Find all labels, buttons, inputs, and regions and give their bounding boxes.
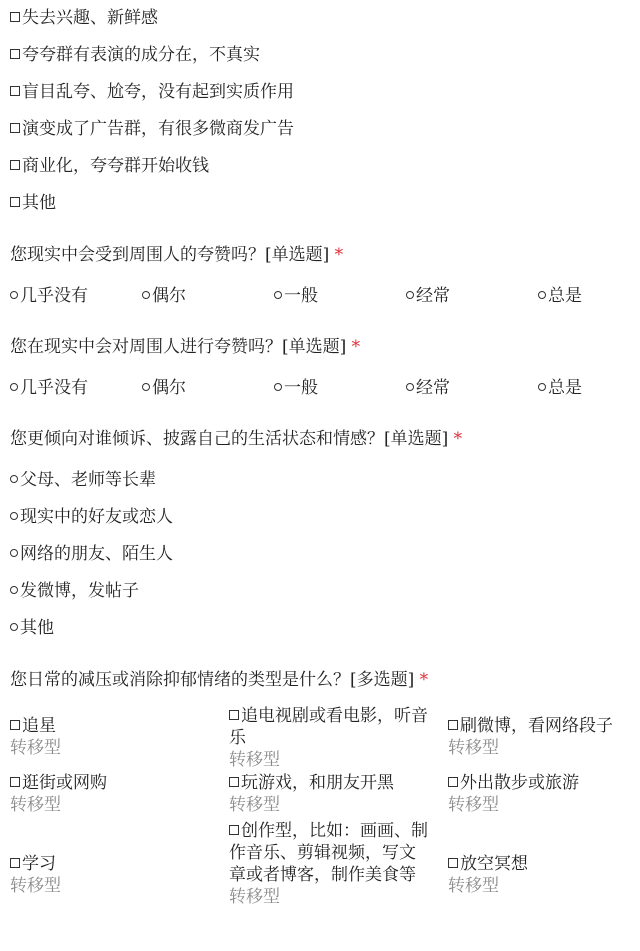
option-label: 创作型，比如：画画、制作音乐、剪辑视频，写文章或者博客，制作美食等	[229, 821, 428, 885]
option-label: 发微博，发帖子	[20, 581, 139, 601]
radio-option[interactable]: 现实中的好友或恋人	[10, 506, 173, 528]
question-title: 您更倾向对谁倾诉、披露自己的生活状态和情感？[单选题] *	[10, 428, 462, 450]
radio-icon[interactable]	[10, 383, 18, 391]
option-label: 其他	[20, 618, 54, 638]
checkbox-option[interactable]: 玩游戏，和朋友开黑转移型	[229, 772, 394, 816]
radio-option[interactable]: 几乎没有	[10, 285, 88, 307]
question-title: 您现实中会受到周围人的夸赞吗？[单选题] *	[10, 244, 343, 266]
question-type-tag: [单选题]	[265, 245, 329, 265]
checkbox-icon[interactable]	[10, 777, 20, 787]
option-label: 演变成了广告群，有很多微商发广告	[22, 119, 294, 139]
radio-icon[interactable]	[538, 383, 546, 391]
checkbox-icon[interactable]	[229, 825, 239, 835]
option-subtype: 转移型	[229, 750, 280, 770]
question-type-tag: [多选题]	[350, 670, 414, 690]
checkbox-icon[interactable]	[10, 160, 20, 170]
question-text: 您更倾向对谁倾诉、披露自己的生活状态和情感？	[10, 429, 384, 449]
option-subtype: 转移型	[229, 887, 280, 907]
radio-option[interactable]: 总是	[538, 285, 582, 307]
checkbox-option[interactable]: 盲目乱夸、尬夸，没有起到实质作用	[10, 81, 294, 103]
option-label: 网络的朋友、陌生人	[20, 544, 173, 564]
question-type-tag: [单选题]	[384, 429, 448, 449]
option-label: 逛街或网购	[22, 773, 107, 793]
option-subtype: 转移型	[229, 795, 280, 815]
option-label: 学习	[22, 854, 56, 874]
option-label: 失去兴趣、新鲜感	[22, 8, 158, 28]
checkbox-icon[interactable]	[10, 12, 20, 22]
radio-option[interactable]: 偶尔	[142, 377, 186, 399]
checkbox-option[interactable]: 其他	[10, 192, 56, 214]
radio-icon[interactable]	[406, 383, 414, 391]
option-subtype: 转移型	[10, 795, 61, 815]
checkbox-option[interactable]: 追电视剧或看电影，听音乐转移型	[229, 705, 429, 771]
radio-icon[interactable]	[10, 512, 18, 520]
option-subtype: 转移型	[448, 795, 499, 815]
option-subtype: 转移型	[10, 738, 61, 758]
option-label: 偶尔	[152, 378, 186, 398]
checkbox-option[interactable]: 学习转移型	[10, 853, 61, 897]
option-label: 外出散步或旅游	[460, 773, 579, 793]
checkbox-option[interactable]: 追星转移型	[10, 715, 61, 759]
option-label: 父母、老师等长辈	[20, 470, 156, 490]
option-label: 几乎没有	[20, 286, 88, 306]
radio-icon[interactable]	[10, 549, 18, 557]
checkbox-option[interactable]: 放空冥想转移型	[448, 853, 528, 897]
checkbox-icon[interactable]	[10, 858, 20, 868]
radio-option[interactable]: 几乎没有	[10, 377, 88, 399]
radio-option[interactable]: 经常	[406, 377, 450, 399]
option-label: 夸夸群有表演的成分在，不真实	[22, 45, 260, 65]
option-label: 现实中的好友或恋人	[20, 507, 173, 527]
radio-icon[interactable]	[142, 383, 150, 391]
radio-option[interactable]: 发微博，发帖子	[10, 580, 139, 602]
checkbox-icon[interactable]	[10, 123, 20, 133]
checkbox-icon[interactable]	[10, 86, 20, 96]
radio-icon[interactable]	[10, 586, 18, 594]
checkbox-option[interactable]: 外出散步或旅游转移型	[448, 772, 579, 816]
checkbox-option[interactable]: 商业化，夸夸群开始收钱	[10, 155, 209, 177]
radio-option[interactable]: 经常	[406, 285, 450, 307]
radio-icon[interactable]	[406, 291, 414, 299]
checkbox-icon[interactable]	[229, 710, 239, 720]
checkbox-icon[interactable]	[229, 777, 239, 787]
required-marker: *	[420, 670, 429, 690]
radio-option[interactable]: 网络的朋友、陌生人	[10, 543, 173, 565]
checkbox-icon[interactable]	[448, 858, 458, 868]
required-marker: *	[352, 337, 361, 357]
checkbox-option[interactable]: 夸夸群有表演的成分在，不真实	[10, 44, 260, 66]
question-text: 您日常的减压或消除抑郁情绪的类型是什么？	[10, 670, 350, 690]
question-title: 您日常的减压或消除抑郁情绪的类型是什么？[多选题] *	[10, 669, 428, 691]
required-marker: *	[335, 245, 344, 265]
radio-option[interactable]: 总是	[538, 377, 582, 399]
option-label: 经常	[416, 378, 450, 398]
radio-icon[interactable]	[10, 623, 18, 631]
option-label: 商业化，夸夸群开始收钱	[22, 156, 209, 176]
checkbox-icon[interactable]	[10, 49, 20, 59]
option-subtype: 转移型	[448, 876, 499, 896]
option-label: 追星	[22, 716, 56, 736]
option-label: 几乎没有	[20, 378, 88, 398]
checkbox-option[interactable]: 演变成了广告群，有很多微商发广告	[10, 118, 294, 140]
question-text: 您现实中会受到周围人的夸赞吗？	[10, 245, 265, 265]
question-type-tag: [单选题]	[282, 337, 346, 357]
option-label: 一般	[284, 378, 318, 398]
question-text: 您在现实中会对周围人进行夸赞吗？	[10, 337, 282, 357]
checkbox-option[interactable]: 刷微博，看网络段子转移型	[448, 715, 613, 759]
radio-option[interactable]: 一般	[274, 285, 318, 307]
radio-icon[interactable]	[274, 291, 282, 299]
option-label: 经常	[416, 286, 450, 306]
checkbox-icon[interactable]	[10, 197, 20, 207]
option-label: 刷微博，看网络段子	[460, 716, 613, 736]
radio-icon[interactable]	[538, 291, 546, 299]
option-label: 玩游戏，和朋友开黑	[241, 773, 394, 793]
radio-option[interactable]: 偶尔	[142, 285, 186, 307]
radio-option[interactable]: 一般	[274, 377, 318, 399]
option-label: 总是	[548, 378, 582, 398]
option-label: 总是	[548, 286, 582, 306]
required-marker: *	[454, 429, 463, 449]
option-subtype: 转移型	[448, 738, 499, 758]
checkbox-icon[interactable]	[448, 720, 458, 730]
radio-icon[interactable]	[10, 291, 18, 299]
option-label: 其他	[22, 193, 56, 213]
checkbox-option[interactable]: 逛街或网购转移型	[10, 772, 107, 816]
radio-icon[interactable]	[142, 291, 150, 299]
option-label: 追电视剧或看电影，听音乐	[229, 706, 428, 748]
checkbox-option[interactable]: 创作型，比如：画画、制作音乐、剪辑视频，写文章或者博客，制作美食等转移型	[229, 820, 429, 908]
option-label: 一般	[284, 286, 318, 306]
checkbox-icon[interactable]	[448, 777, 458, 787]
option-label: 偶尔	[152, 286, 186, 306]
option-label: 放空冥想	[460, 854, 528, 874]
question-title: 您在现实中会对周围人进行夸赞吗？[单选题] *	[10, 336, 360, 358]
checkbox-option[interactable]: 失去兴趣、新鲜感	[10, 7, 158, 29]
option-label: 盲目乱夸、尬夸，没有起到实质作用	[22, 82, 294, 102]
checkbox-icon[interactable]	[10, 720, 20, 730]
option-subtype: 转移型	[10, 876, 61, 896]
radio-icon[interactable]	[10, 475, 18, 483]
radio-option[interactable]: 父母、老师等长辈	[10, 469, 156, 491]
radio-option[interactable]: 其他	[10, 617, 54, 639]
radio-icon[interactable]	[274, 383, 282, 391]
